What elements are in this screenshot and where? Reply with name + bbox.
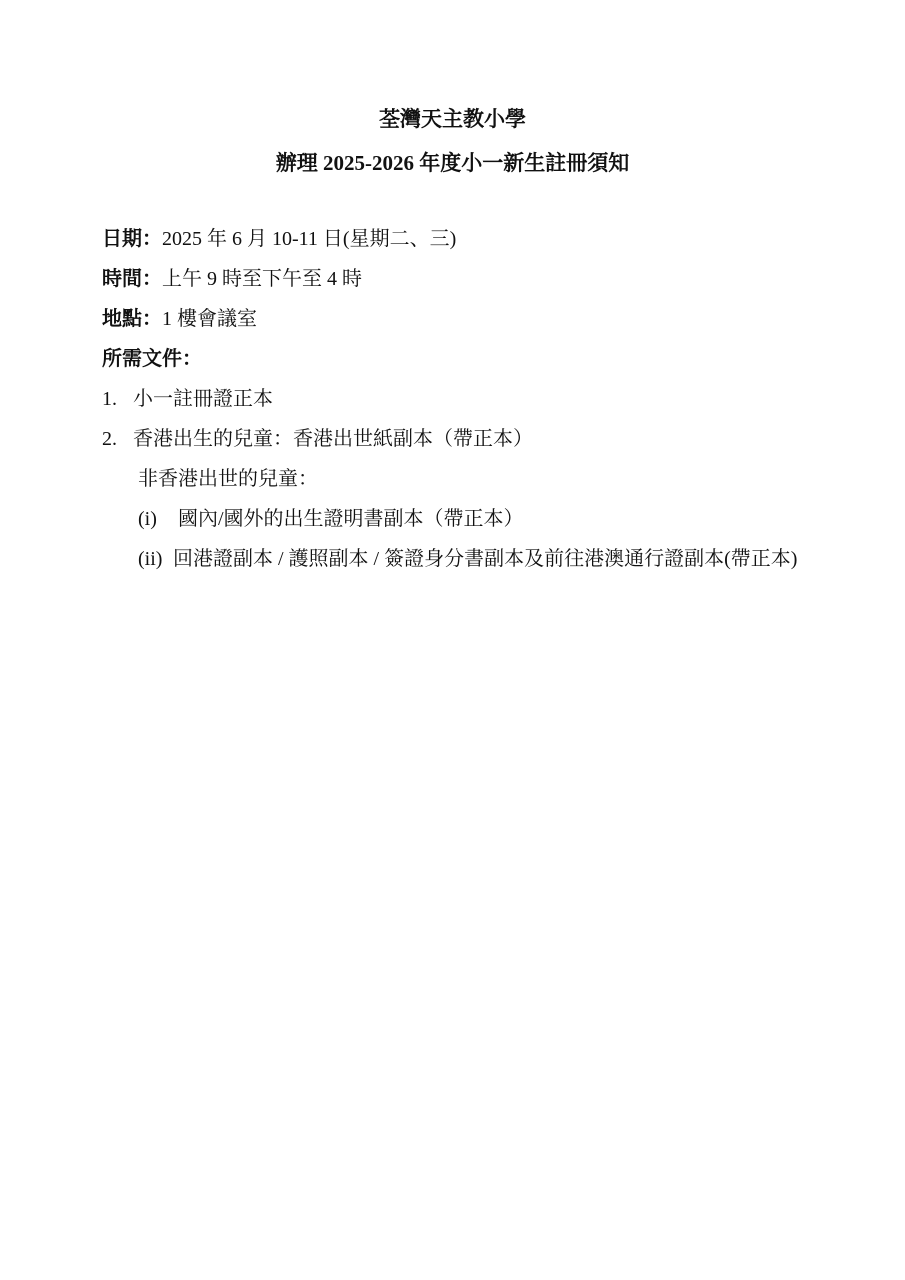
list-item-1-marker: 1.	[102, 379, 133, 419]
list-item-1: 1.小一註冊證正本	[102, 379, 865, 419]
field-venue: 地點：1 樓會議室	[102, 299, 865, 339]
section-heading-required-documents: 所需文件：	[102, 339, 865, 379]
list-item-2: 2.香港出生的兒童：香港出世紙副本（帶正本）	[102, 419, 865, 459]
list-item-2-text: 香港出生的兒童：香港出世紙副本（帶正本）	[133, 419, 865, 459]
sub-item-i: (i)國內/國外的出生證明書副本（帶正本）	[138, 499, 865, 539]
sub-item-ii-marker: (ii)	[138, 539, 173, 579]
document-header: 荃灣天主教小學 辦理 2025-2026 年度小一新生註冊須知	[0, 0, 905, 185]
field-date-value: 2025 年 6 月 10-11 日(星期二、三)	[162, 228, 456, 250]
document-title: 荃灣天主教小學	[0, 97, 905, 141]
document-page: 荃灣天主教小學 辦理 2025-2026 年度小一新生註冊須知 日期：2025 …	[0, 0, 905, 1280]
field-date-label: 日期：	[102, 228, 162, 250]
sub-item-i-text: 國內/國外的出生證明書副本（帶正本）	[178, 499, 865, 539]
sub-item-ii-text: 回港證副本 / 護照副本 / 簽證身分書副本及前往港澳通行證副本(帶正本)	[173, 539, 865, 579]
list-item-1-text: 小一註冊證正本	[133, 379, 865, 419]
field-time-value: 上午 9 時至下午至 4 時	[162, 268, 362, 290]
field-time-label: 時間：	[102, 268, 162, 290]
field-venue-label: 地點：	[102, 308, 162, 330]
list-item-2-marker: 2.	[102, 419, 133, 459]
sub-item-i-marker: (i)	[138, 499, 178, 539]
sub-item-ii: (ii)回港證副本 / 護照副本 / 簽證身分書副本及前往港澳通行證副本(帶正本…	[138, 539, 865, 579]
document-subtitle: 辦理 2025-2026 年度小一新生註冊須知	[0, 141, 905, 185]
document-body: 日期：2025 年 6 月 10-11 日(星期二、三) 時間：上午 9 時至下…	[102, 219, 865, 579]
field-time: 時間：上午 9 時至下午至 4 時	[102, 259, 865, 299]
field-venue-value: 1 樓會議室	[162, 308, 257, 330]
field-date: 日期：2025 年 6 月 10-11 日(星期二、三)	[102, 219, 865, 259]
sub-section-heading: 非香港出世的兒童：	[138, 459, 865, 499]
